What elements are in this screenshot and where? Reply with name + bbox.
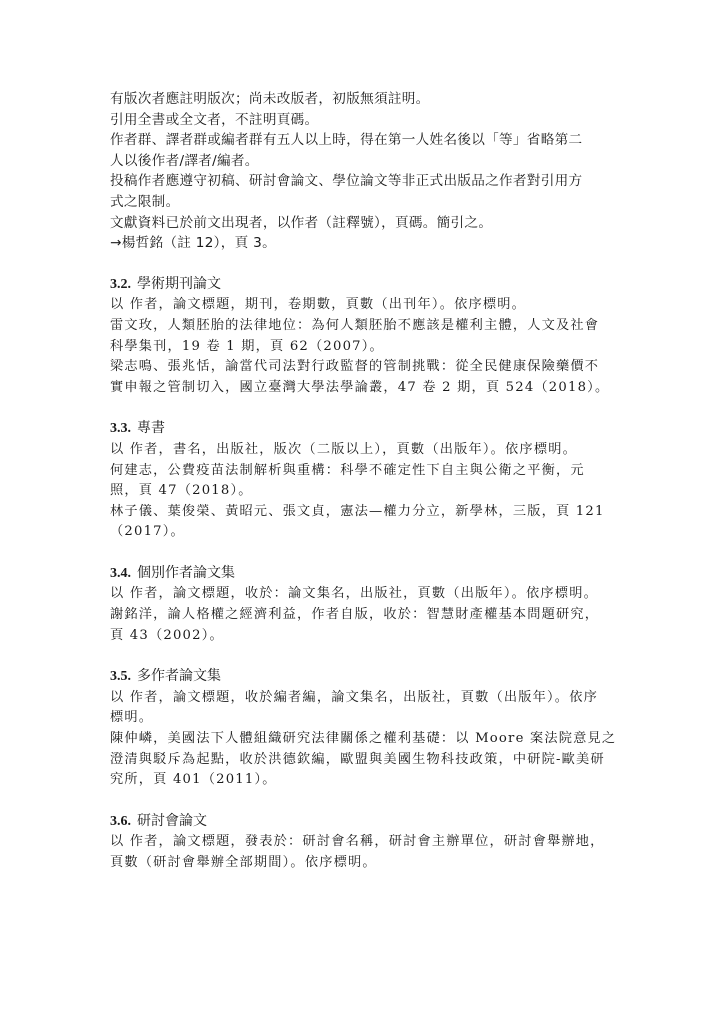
section-title: 學術期刊論文 — [137, 276, 221, 292]
section-number: 3.4. — [110, 566, 131, 581]
intro-line: 人以後作者/譯者/編者。 — [110, 151, 610, 172]
format-rule: 標明。 — [110, 708, 610, 729]
section-heading: 3.5.多作者論文集 — [110, 666, 610, 688]
section-number: 3.5. — [110, 669, 131, 684]
intro-line: 式之限制。 — [110, 192, 610, 213]
example-line: 照，頁 47（2018）。 — [110, 481, 610, 502]
format-rule: 以 作者，論文標題，期刊，卷期數，頁數（出刊年）。依序標明。 — [110, 295, 610, 316]
format-rule: 以 作者，論文標題，收於：論文集名，出版社，頁數（出版年）。依序標明。 — [110, 584, 610, 605]
section-number: 3.2. — [110, 277, 131, 292]
format-rule: 頁數（研討會舉辦全部期間）。依序標明。 — [110, 853, 610, 874]
intro-line: 文獻資料已於前文出現者，以作者（註釋號），頁碼。簡引之。 — [110, 213, 610, 234]
example-line: 謝銘洋，論人格權之經濟利益，作者自版，收於：智慧財產權基本問題研究， — [110, 605, 610, 626]
section-title: 研討會論文 — [137, 813, 207, 829]
example-line: 雷文玫，人類胚胎的法律地位：為何人類胚胎不應該是權利主體，人文及社會 — [110, 316, 610, 337]
intro-block: 有版次者應註明版次；尚未改版者，初版無須註明。 引用全書或全文者，不註明頁碼。 … — [110, 89, 610, 254]
section-3-2: 3.2.學術期刊論文 以 作者，論文標題，期刊，卷期數，頁數（出刊年）。依序標明… — [110, 274, 610, 399]
example-line: 科學集刊，19 卷 1 期，頁 62（2007）。 — [110, 337, 610, 358]
section-3-4: 3.4.個別作者論文集 以 作者，論文標題，收於：論文集名，出版社，頁數（出版年… — [110, 563, 610, 646]
document-page: 有版次者應註明版次；尚未改版者，初版無須註明。 引用全書或全文者，不註明頁碼。 … — [110, 89, 610, 874]
section-heading: 3.4.個別作者論文集 — [110, 563, 610, 585]
intro-line: 作者群、譯者群或編者群有五人以上時，得在第一人姓名後以「等」省略第二 — [110, 130, 610, 151]
section-3-6: 3.6.研討會論文 以 作者，論文標題，發表於：研討會名稱，研討會主辦單位，研討… — [110, 811, 610, 874]
section-heading: 3.2.學術期刊論文 — [110, 274, 610, 296]
section-title: 專書 — [137, 420, 165, 436]
intro-line: →楊哲銘（註 12），頁 3。 — [110, 233, 610, 254]
intro-line: 有版次者應註明版次；尚未改版者，初版無須註明。 — [110, 89, 610, 110]
format-rule: 以 作者，論文標題，收於編者編，論文集名，出版社，頁數（出版年）。依序 — [110, 688, 610, 709]
section-title: 個別作者論文集 — [137, 565, 235, 581]
section-title: 多作者論文集 — [137, 668, 221, 684]
section-3-5: 3.5.多作者論文集 以 作者，論文標題，收於編者編，論文集名，出版社，頁數（出… — [110, 666, 610, 791]
example-line: （2017）。 — [110, 522, 610, 543]
section-number: 3.3. — [110, 421, 131, 436]
intro-line: 引用全書或全文者，不註明頁碼。 — [110, 110, 610, 131]
format-rule: 以 作者，書名，出版社，版次（二版以上），頁數（出版年）。依序標明。 — [110, 440, 610, 461]
intro-line: 投稿作者應遵守初稿、研討會論文、學位論文等非正式出版品之作者對引用方 — [110, 171, 610, 192]
section-number: 3.6. — [110, 814, 131, 829]
example-line: 何建志，公費疫苗法制解析與重構：科學不確定性下自主與公衛之平衡，元 — [110, 461, 610, 482]
example-line: 林子儀、葉俊榮、黃昭元、張文貞，憲法—權力分立，新學林，三版，頁 121 — [110, 502, 610, 523]
example-line: 澄清與駁斥為起點，收於洪德欽編，歐盟與美國生物科技政策，中研院-歐美研 — [110, 750, 610, 771]
section-heading: 3.6.研討會論文 — [110, 811, 610, 833]
example-line: 究所，頁 401（2011）。 — [110, 770, 610, 791]
example-line: 實申報之管制切入，國立臺灣大學法學論叢，47 卷 2 期，頁 524（2018）… — [110, 378, 610, 399]
example-line: 梁志鳴、張兆恬，論當代司法對行政監督的管制挑戰：從全民健康保險藥價不 — [110, 357, 610, 378]
section-3-3: 3.3.專書 以 作者，書名，出版社，版次（二版以上），頁數（出版年）。依序標明… — [110, 418, 610, 543]
section-heading: 3.3.專書 — [110, 418, 610, 440]
example-line: 頁 43（2002）。 — [110, 626, 610, 647]
example-line: 陳仲嶙，美國法下人體組織研究法律關係之權利基礎：以 Moore 案法院意見之 — [110, 729, 610, 750]
format-rule: 以 作者，論文標題，發表於：研討會名稱，研討會主辦單位，研討會舉辦地， — [110, 832, 610, 853]
